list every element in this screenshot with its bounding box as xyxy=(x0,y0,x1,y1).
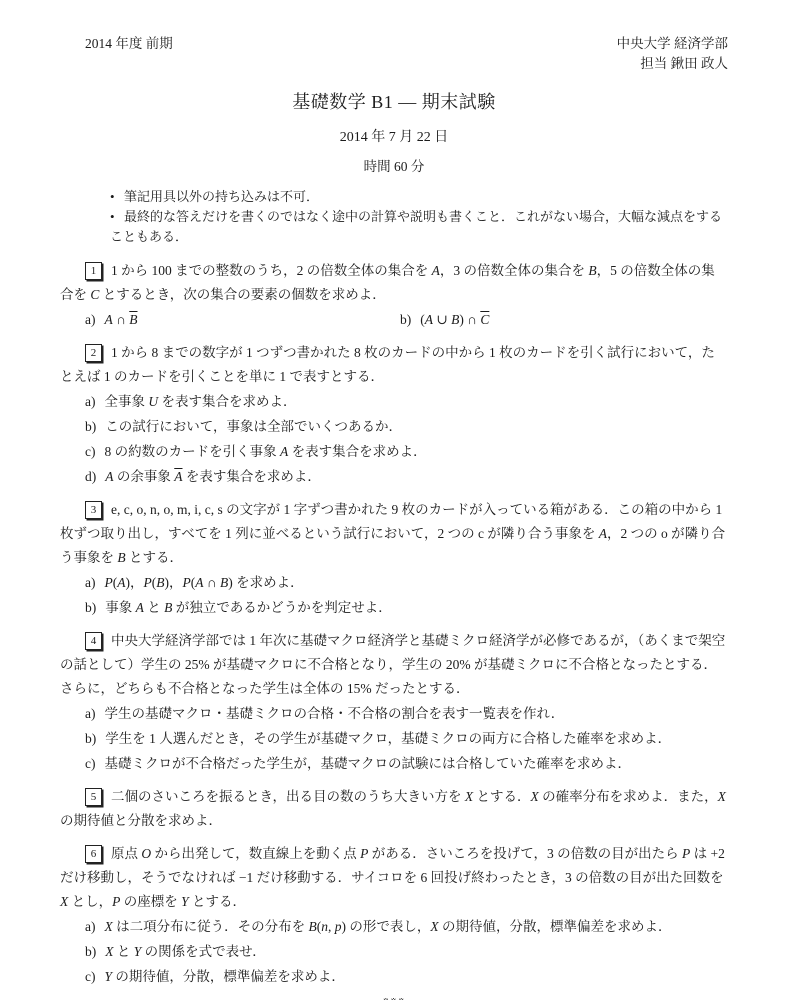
text-run: )， xyxy=(165,575,183,590)
text-run: A xyxy=(174,469,182,484)
text-run: 学生の基礎マクロ・基礎ミクロの合格・不合格の割合を表す一覧表を作れ． xyxy=(105,706,565,721)
item-text: Y の期待値，分散，標準偏差を求めよ． xyxy=(105,969,345,984)
affiliation-label: 中央大学 経済学部 xyxy=(617,34,728,54)
text-run: とする． xyxy=(126,550,183,565)
problem-item: a)A ∩ B xyxy=(85,308,400,332)
text-run: 事象 xyxy=(105,600,135,615)
problem-number-box: 1 xyxy=(85,262,102,280)
text-run: U xyxy=(148,394,158,409)
text-run: p xyxy=(335,919,342,934)
notes-list: •筆記用具以外の持ち込みは不可．•最終的な答えだけを書くのではなく途中の計算や説… xyxy=(60,187,728,247)
text-run: を表す集合を求めよ． xyxy=(288,444,426,459)
text-run: 基礎ミクロが不合格だった学生が，基礎マクロの試験には合格していた確率を求めよ． xyxy=(105,756,632,771)
text-run: 原点 xyxy=(111,846,141,861)
text-run: ) ∩ xyxy=(459,312,480,327)
text-run: A xyxy=(105,469,113,484)
text-run: と xyxy=(144,600,164,615)
item-label: a) xyxy=(85,706,96,721)
text-run: 学生を 1 人選んだとき，その学生が基礎マクロ，基礎ミクロの両方に合格した確率を… xyxy=(105,731,671,746)
problem-item: a)学生の基礎マクロ・基礎ミクロの合格・不合格の割合を表す一覧表を作れ． xyxy=(85,702,728,726)
text-run: P xyxy=(144,575,152,590)
problem-item: d)A の余事象 A を表す集合を求めよ． xyxy=(85,465,728,489)
page-header: 2014 年度 前期 中央大学 経済学部 担当 鍬田 政人 xyxy=(60,34,728,74)
item-label: a) xyxy=(85,312,96,327)
text-run: 全事象 xyxy=(105,394,149,409)
text-run: Y xyxy=(105,969,113,984)
problem-number-box: 5 xyxy=(85,788,102,806)
exam-page: 2014 年度 前期 中央大学 経済学部 担当 鍬田 政人 基礎数学 B1 — … xyxy=(0,0,788,1000)
item-text: (A ∪ B) ∩ C xyxy=(420,312,489,327)
text-run: から出発して，数直線上を動く点 xyxy=(151,846,360,861)
problem-statement: 21 から 8 までの数字が 1 つずつ書かれた 8 枚のカードの中から 1 枚… xyxy=(60,341,728,389)
item-label: a) xyxy=(85,575,96,590)
text-run: 8 の約数のカードを引く事象 xyxy=(105,444,281,459)
problem: 3e, c, o, n, o, m, i, c, s の文字が 1 字ずつ書かれ… xyxy=(60,498,728,620)
term-label: 2014 年度 前期 xyxy=(85,34,173,54)
text-run: X xyxy=(60,894,68,909)
text-run: , xyxy=(328,919,335,934)
text-run: が独立であるかどうかを判定せよ． xyxy=(172,600,391,615)
text-run: A xyxy=(136,600,144,615)
text-run: ) を求めよ． xyxy=(228,575,303,590)
problem-item: c)8 の約数のカードを引く事象 A を表す集合を求めよ． xyxy=(85,440,728,464)
note-text: 最終的な答えだけを書くのではなく途中の計算や説明も書くこと．これがない場合，大幅… xyxy=(110,209,722,244)
item-row: a)A ∩ Bb)(A ∪ B) ∩ C xyxy=(85,308,728,332)
problem-stem-text: 中央大学経済学部では 1 年次に基礎マクロ経済学と基礎ミクロ経済学が必修であるが… xyxy=(60,633,725,696)
problem-item: b)この試行において，事象は全部でいくつあるか． xyxy=(85,415,728,439)
item-label: a) xyxy=(85,919,96,934)
item-text: P(A)，P(B)，P(A ∩ B) を求めよ． xyxy=(105,575,304,590)
item-text: この試行において，事象は全部でいくつあるか． xyxy=(105,419,402,434)
item-text: A ∩ B xyxy=(105,312,138,327)
header-right: 中央大学 経済学部 担当 鍬田 政人 xyxy=(617,34,728,74)
text-run: A xyxy=(599,526,607,541)
item-label: d) xyxy=(85,469,96,484)
item-label: c) xyxy=(85,969,96,984)
item-text: 8 の約数のカードを引く事象 A を表す集合を求めよ． xyxy=(105,444,427,459)
text-run: B xyxy=(220,575,228,590)
problem: 6原点 O から出発して，数直線上を動く点 P がある．さいころを投げて，3 の… xyxy=(60,842,728,989)
instructor-label: 担当 鍬田 政人 xyxy=(617,54,728,74)
text-run: の関係を式で表せ． xyxy=(141,944,265,959)
text-run: B xyxy=(117,550,125,565)
text-run: A xyxy=(105,312,113,327)
text-run: の期待値，分散，標準偏差を求めよ． xyxy=(439,919,672,934)
text-run: がある．さいころを投げて，3 の倍数の目が出たら xyxy=(368,846,682,861)
problem-stem-text: 二個のさいころを振るとき，出る目の数のうち大きい方を X とする．X の確率分布… xyxy=(60,789,726,828)
problem-item: a)X は二項分布に従う．その分布を B(n, p) の形で表し，X の期待値，… xyxy=(85,915,728,939)
problem-number-box: 3 xyxy=(85,501,102,519)
text-run: )， xyxy=(126,575,144,590)
text-run: A xyxy=(432,263,440,278)
text-run: B xyxy=(156,575,164,590)
bullet-icon: • xyxy=(110,187,124,207)
text-run: 中央大学経済学部では 1 年次に基礎マクロ経済学と基礎ミクロ経済学が必修であるが… xyxy=(60,633,725,696)
text-run: A xyxy=(425,312,433,327)
text-run: X xyxy=(105,919,113,934)
item-label: a) xyxy=(85,394,96,409)
exam-title: 基礎数学 B1 — 期末試験 xyxy=(60,90,728,114)
text-run: X xyxy=(530,789,538,804)
problem-number-box: 4 xyxy=(85,632,102,650)
problem-item: b)X と Y の関係を式で表せ． xyxy=(85,940,728,964)
text-run: O xyxy=(141,846,151,861)
item-label: c) xyxy=(85,756,96,771)
text-run: ，3 の倍数全体の集合を xyxy=(440,263,589,278)
problem: 5二個のさいころを振るとき，出る目の数のうち大きい方を X とする．X の確率分… xyxy=(60,785,728,833)
text-run: B xyxy=(129,312,137,327)
text-run: X xyxy=(105,944,113,959)
text-run: と xyxy=(114,944,134,959)
problem: 21 から 8 までの数字が 1 つずつ書かれた 8 枚のカードの中から 1 枚… xyxy=(60,341,728,489)
text-run: は二項分布に従う．その分布を xyxy=(113,919,309,934)
text-run: A xyxy=(195,575,203,590)
problem-number-box: 6 xyxy=(85,845,102,863)
problem-item: a)P(A)，P(B)，P(A ∩ B) を求めよ． xyxy=(85,571,728,595)
text-run: Y xyxy=(181,894,189,909)
problem-item: a)全事象 U を表す集合を求めよ． xyxy=(85,390,728,414)
note-text: 筆記用具以外の持ち込みは不可． xyxy=(124,189,319,204)
text-run: X xyxy=(430,919,438,934)
text-run: B xyxy=(309,919,317,934)
problem-stem-text: 1 から 8 までの数字が 1 つずつ書かれた 8 枚のカードの中から 1 枚の… xyxy=(60,345,715,384)
problem-item: b)学生を 1 人選んだとき，その学生が基礎マクロ，基礎ミクロの両方に合格した確… xyxy=(85,727,728,751)
text-run: X xyxy=(465,789,473,804)
text-run: を表す集合を求めよ． xyxy=(183,469,321,484)
text-run: ∩ xyxy=(204,575,221,590)
item-label: b) xyxy=(85,419,96,434)
problem-stem-text: e, c, o, n, o, m, i, c, s の文字が 1 字ずつ書かれた… xyxy=(60,502,725,565)
problem-stem-text: 1 から 100 までの整数のうち，2 の倍数全体の集合を A，3 の倍数全体の… xyxy=(60,263,715,302)
problem-statement: 5二個のさいころを振るとき，出る目の数のうち大きい方を X とする．X の確率分… xyxy=(60,785,728,833)
problem: 4中央大学経済学部では 1 年次に基礎マクロ経済学と基礎ミクロ経済学が必修である… xyxy=(60,629,728,776)
text-run: を表す集合を求めよ． xyxy=(158,394,296,409)
text-run: X xyxy=(718,789,726,804)
text-run: P xyxy=(183,575,191,590)
text-run: の座標を xyxy=(120,894,181,909)
problem-item: b)(A ∪ B) ∩ C xyxy=(400,308,489,332)
text-run: の余事象 xyxy=(114,469,175,484)
text-run: ∩ xyxy=(113,312,130,327)
item-text: A の余事象 A を表す集合を求めよ． xyxy=(105,469,321,484)
text-run: 1 から 100 までの整数のうち，2 の倍数全体の集合を xyxy=(111,263,432,278)
text-run: の確率分布を求めよ．また， xyxy=(539,789,718,804)
problem-statement: 6原点 O から出発して，数直線上を動く点 P がある．さいころを投げて，3 の… xyxy=(60,842,728,914)
text-run: P xyxy=(105,575,113,590)
text-run: ∪ xyxy=(433,312,451,327)
text-run: 二個のさいころを振るとき，出る目の数のうち大きい方を xyxy=(111,789,465,804)
text-run: B xyxy=(588,263,596,278)
note-item: •最終的な答えだけを書くのではなく途中の計算や説明も書くこと．これがない場合，大… xyxy=(110,207,728,247)
problem-item: c)基礎ミクロが不合格だった学生が，基礎マクロの試験には合格していた確率を求めよ… xyxy=(85,752,728,776)
item-text: 全事象 U を表す集合を求めよ． xyxy=(105,394,297,409)
item-text: 学生を 1 人選んだとき，その学生が基礎マクロ，基礎ミクロの両方に合格した確率を… xyxy=(105,731,671,746)
problem-item: c)Y の期待値，分散，標準偏差を求めよ． xyxy=(85,965,728,989)
problem-statement: 4中央大学経済学部では 1 年次に基礎マクロ経済学と基礎ミクロ経済学が必修である… xyxy=(60,629,728,701)
text-run: の期待値と分散を求めよ． xyxy=(60,813,222,828)
item-text: 学生の基礎マクロ・基礎ミクロの合格・不合格の割合を表す一覧表を作れ． xyxy=(105,706,565,721)
exam-duration: 時間 60 分 xyxy=(60,155,728,175)
problems-container: 11 から 100 までの整数のうち，2 の倍数全体の集合を A，3 の倍数全体… xyxy=(60,259,728,989)
problem-number-box: 2 xyxy=(85,344,102,362)
item-text: X と Y の関係を式で表せ． xyxy=(105,944,266,959)
text-run: A xyxy=(117,575,125,590)
text-run: 1 から 8 までの数字が 1 つずつ書かれた 8 枚のカードの中から 1 枚の… xyxy=(60,345,715,384)
item-label: b) xyxy=(85,731,96,746)
problem: 11 から 100 までの整数のうち，2 の倍数全体の集合を A，3 の倍数全体… xyxy=(60,259,728,332)
text-run: A xyxy=(280,444,288,459)
bullet-icon: • xyxy=(110,207,124,227)
problem-statement: 3e, c, o, n, o, m, i, c, s の文字が 1 字ずつ書かれ… xyxy=(60,498,728,570)
problem-statement: 11 から 100 までの整数のうち，2 の倍数全体の集合を A，3 の倍数全体… xyxy=(60,259,728,307)
problem-stem-text: 原点 O から出発して，数直線上を動く点 P がある．さいころを投げて，3 の倍… xyxy=(60,846,725,909)
item-text: X は二項分布に従う．その分布を B(n, p) の形で表し，X の期待値，分散… xyxy=(105,919,672,934)
item-label: b) xyxy=(400,312,411,327)
item-label: b) xyxy=(85,944,96,959)
exam-date: 2014 年 7 月 22 日 xyxy=(60,126,728,146)
item-text: 基礎ミクロが不合格だった学生が，基礎マクロの試験には合格していた確率を求めよ． xyxy=(105,756,632,771)
text-run: とするとき，次の集合の要素の個数を求めよ． xyxy=(99,287,385,302)
text-run: この試行において，事象は全部でいくつあるか． xyxy=(105,419,402,434)
text-run: とし， xyxy=(68,894,112,909)
text-run: C xyxy=(480,312,489,327)
text-run: ) の形で表し， xyxy=(342,919,431,934)
text-run: P xyxy=(682,846,690,861)
text-run: n xyxy=(321,919,328,934)
problem-item: b)事象 A と B が独立であるかどうかを判定せよ． xyxy=(85,596,728,620)
item-text: 事象 A と B が独立であるかどうかを判定せよ． xyxy=(105,600,392,615)
text-run: の期待値，分散，標準偏差を求めよ． xyxy=(112,969,345,984)
text-run: とする． xyxy=(189,894,246,909)
text-run: とする． xyxy=(473,789,530,804)
item-label: b) xyxy=(85,600,96,615)
note-item: •筆記用具以外の持ち込みは不可． xyxy=(110,187,728,207)
item-label: c) xyxy=(85,444,96,459)
